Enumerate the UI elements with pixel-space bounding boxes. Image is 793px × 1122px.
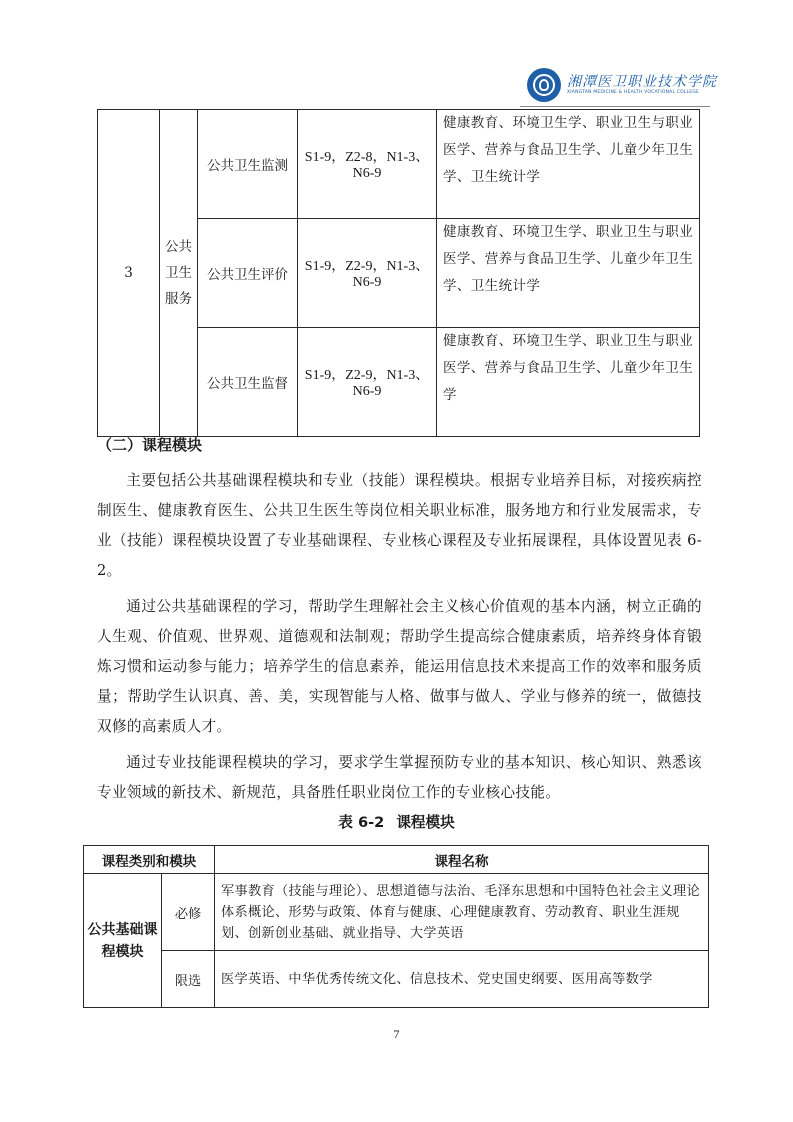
body-paragraph: 通过专业技能课程模块的学习，要求学生掌握预防专业的基本知识、核心知识、熟悉该专业…	[97, 748, 702, 808]
competency-codes: S1-9，Z2-9，N1-3、N6-9	[298, 219, 437, 328]
supporting-courses: 健康教育、环境卫生学、职业卫生与职业医学、营养与食品卫生学、儿童少年卫生学	[437, 328, 700, 437]
job-position: 公共卫生监督	[198, 328, 298, 437]
column-header-course-name: 课程名称	[215, 846, 709, 874]
category-line: 服务	[165, 291, 192, 307]
row-number: 3	[98, 110, 160, 437]
supporting-courses: 健康教育、环境卫生学、职业卫生与职业医学、营养与食品卫生学、儿童少年卫生学、卫生…	[437, 110, 700, 219]
section-heading: （二）课程模块	[97, 434, 202, 455]
table-row: 公共基础课程模块 必修 军事教育（技能与理论）、思想道德与法治、毛泽东思想和中国…	[84, 874, 709, 951]
category-line: 公共	[165, 239, 192, 255]
table-row: 限选 医学英语、中华优秀传统文化、信息技术、党史国史纲要、医用高等数学	[84, 951, 709, 1008]
page-number: 7	[0, 1027, 793, 1042]
course-type: 必修	[162, 874, 215, 951]
table-caption: 表 6-2课程模块	[0, 811, 793, 832]
module-name: 公共基础课程模块	[84, 874, 162, 1008]
body-paragraph: 通过公共基础课程的学习，帮助学生理解社会主义核心价值观的基本内涵，树立正确的人生…	[97, 592, 702, 742]
logo-english-name: XIANGTAN MEDICINE & HEALTH VOCATIONAL CO…	[567, 90, 717, 96]
course-list: 医学英语、中华优秀传统文化、信息技术、党史国史纲要、医用高等数学	[215, 951, 709, 1008]
supporting-courses: 健康教育、环境卫生学、职业卫生与职业医学、营养与食品卫生学、儿童少年卫生学、卫生…	[437, 219, 700, 328]
job-category: 公共 卫生 服务	[160, 110, 198, 437]
job-position: 公共卫生评价	[198, 219, 298, 328]
course-list: 军事教育（技能与理论）、思想道德与法治、毛泽东思想和中国特色社会主义理论体系概论…	[215, 874, 709, 951]
category-line: 卫生	[165, 265, 192, 281]
body-paragraph: 主要包括公共基础课程模块和专业（技能）课程模块。根据专业培养目标，对接疾病控制医…	[97, 466, 702, 586]
job-position: 公共卫生监测	[198, 110, 298, 219]
college-emblem-icon	[527, 68, 561, 102]
header-divider	[520, 106, 710, 107]
table-header-row: 课程类别和模块 课程名称	[84, 846, 709, 874]
competency-codes: S1-9，Z2-8，N1-3、N6-9	[298, 110, 437, 219]
course-module-table: 课程类别和模块 课程名称 公共基础课程模块 必修 军事教育（技能与理论）、思想道…	[83, 845, 709, 1008]
course-type: 限选	[162, 951, 215, 1008]
table-caption-number: 表 6-2	[338, 814, 384, 831]
table-caption-title: 课程模块	[396, 814, 454, 831]
competency-codes: S1-9，Z2-9，N1-3、N6-9	[298, 328, 437, 437]
job-course-mapping-table: 3 公共 卫生 服务 公共卫生监测 S1-9，Z2-8，N1-3、N6-9 健康…	[97, 109, 700, 437]
table-row: 3 公共 卫生 服务 公共卫生监测 S1-9，Z2-8，N1-3、N6-9 健康…	[98, 110, 700, 219]
logo-text: 湘潭医卫职业技术学院 XIANGTAN MEDICINE & HEALTH VO…	[567, 74, 717, 96]
college-logo: 湘潭医卫职业技术学院 XIANGTAN MEDICINE & HEALTH VO…	[527, 66, 717, 104]
logo-chinese-name: 湘潭医卫职业技术学院	[567, 74, 717, 90]
column-header-category: 课程类别和模块	[84, 846, 215, 874]
